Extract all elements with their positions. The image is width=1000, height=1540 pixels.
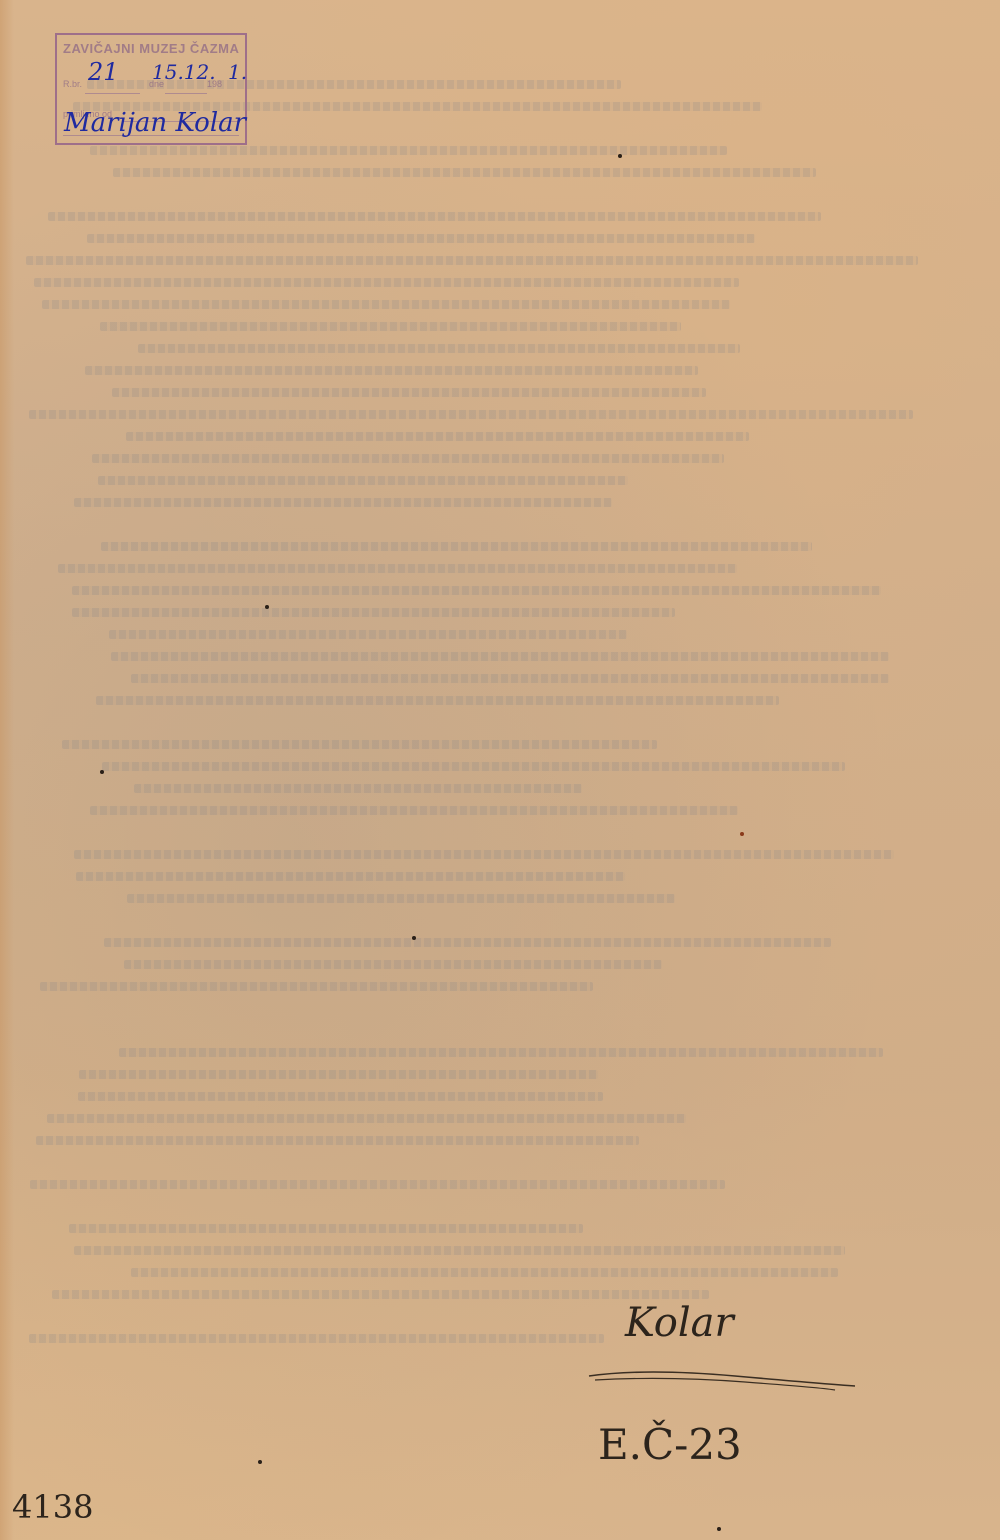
bleed-line xyxy=(58,564,737,573)
bleed-line xyxy=(72,586,881,595)
stamp-received-from-handwritten: Marijan Kolar xyxy=(64,108,246,138)
bleed-line xyxy=(78,1092,603,1101)
bleed-through-typed-text xyxy=(20,80,980,1380)
bleed-line xyxy=(96,696,779,705)
bleed-line xyxy=(72,608,675,617)
stamp-number-line xyxy=(85,93,140,94)
handwritten-surname: Kolar xyxy=(625,1300,734,1346)
bleed-line xyxy=(92,454,724,463)
paper-speck xyxy=(258,1460,262,1464)
paper-edge-stain xyxy=(0,0,14,1540)
bleed-line xyxy=(119,1048,883,1057)
bleed-line xyxy=(30,1180,725,1189)
bleed-line xyxy=(100,322,681,331)
paper-speck xyxy=(265,605,269,609)
handwritten-catalog-code: E.Č-23 xyxy=(598,1420,742,1469)
bleed-line xyxy=(42,300,730,309)
paper-speck xyxy=(412,936,416,940)
bleed-line xyxy=(76,872,625,881)
bleed-line xyxy=(109,630,627,639)
bleed-line xyxy=(87,234,755,243)
bleed-line xyxy=(29,410,913,419)
stamp-year-handwritten: 1. xyxy=(228,60,247,84)
bleed-line xyxy=(111,652,889,661)
stamp-date-handwritten: 15.12. xyxy=(152,60,216,84)
bleed-line xyxy=(113,168,816,177)
bleed-line xyxy=(101,542,812,551)
bleed-line xyxy=(98,476,628,485)
stamp-institution: ZAVIČAJNI MUZEJ ČAZMA xyxy=(63,41,239,56)
handwritten-inventory-number: 4138 xyxy=(12,1488,93,1526)
bleed-line xyxy=(29,1334,604,1343)
bleed-line xyxy=(112,388,706,397)
bleed-line xyxy=(134,784,582,793)
stamp-number-handwritten: 21 xyxy=(88,58,119,86)
underline-flourish xyxy=(585,1350,865,1400)
bleed-line xyxy=(104,938,831,947)
paper-speck xyxy=(618,154,622,158)
bleed-line xyxy=(47,1114,686,1123)
bleed-line xyxy=(79,1070,598,1079)
bleed-line xyxy=(36,1136,639,1145)
bleed-line xyxy=(69,1224,583,1233)
bleed-line xyxy=(48,212,821,221)
bleed-line xyxy=(74,850,894,859)
bleed-line xyxy=(131,1268,838,1277)
bleed-line xyxy=(34,278,739,287)
bleed-line xyxy=(90,146,727,155)
paper-speck xyxy=(740,832,744,836)
bleed-line xyxy=(85,366,698,375)
bleed-line xyxy=(131,674,889,683)
bleed-line xyxy=(102,762,845,771)
bleed-line xyxy=(124,960,662,969)
bleed-line xyxy=(52,1290,709,1299)
bleed-line xyxy=(62,740,657,749)
stamp-date-line xyxy=(165,93,207,94)
bleed-line xyxy=(26,256,918,265)
stamp-number-label: R.br. xyxy=(63,79,82,89)
bleed-line xyxy=(74,1246,845,1255)
bleed-line xyxy=(138,344,740,353)
bleed-line xyxy=(40,982,593,991)
bleed-line xyxy=(127,894,675,903)
bleed-line xyxy=(90,806,738,815)
bleed-line xyxy=(126,432,749,441)
paper-speck xyxy=(100,770,104,774)
paper-speck xyxy=(717,1527,721,1531)
bleed-line xyxy=(74,498,612,507)
